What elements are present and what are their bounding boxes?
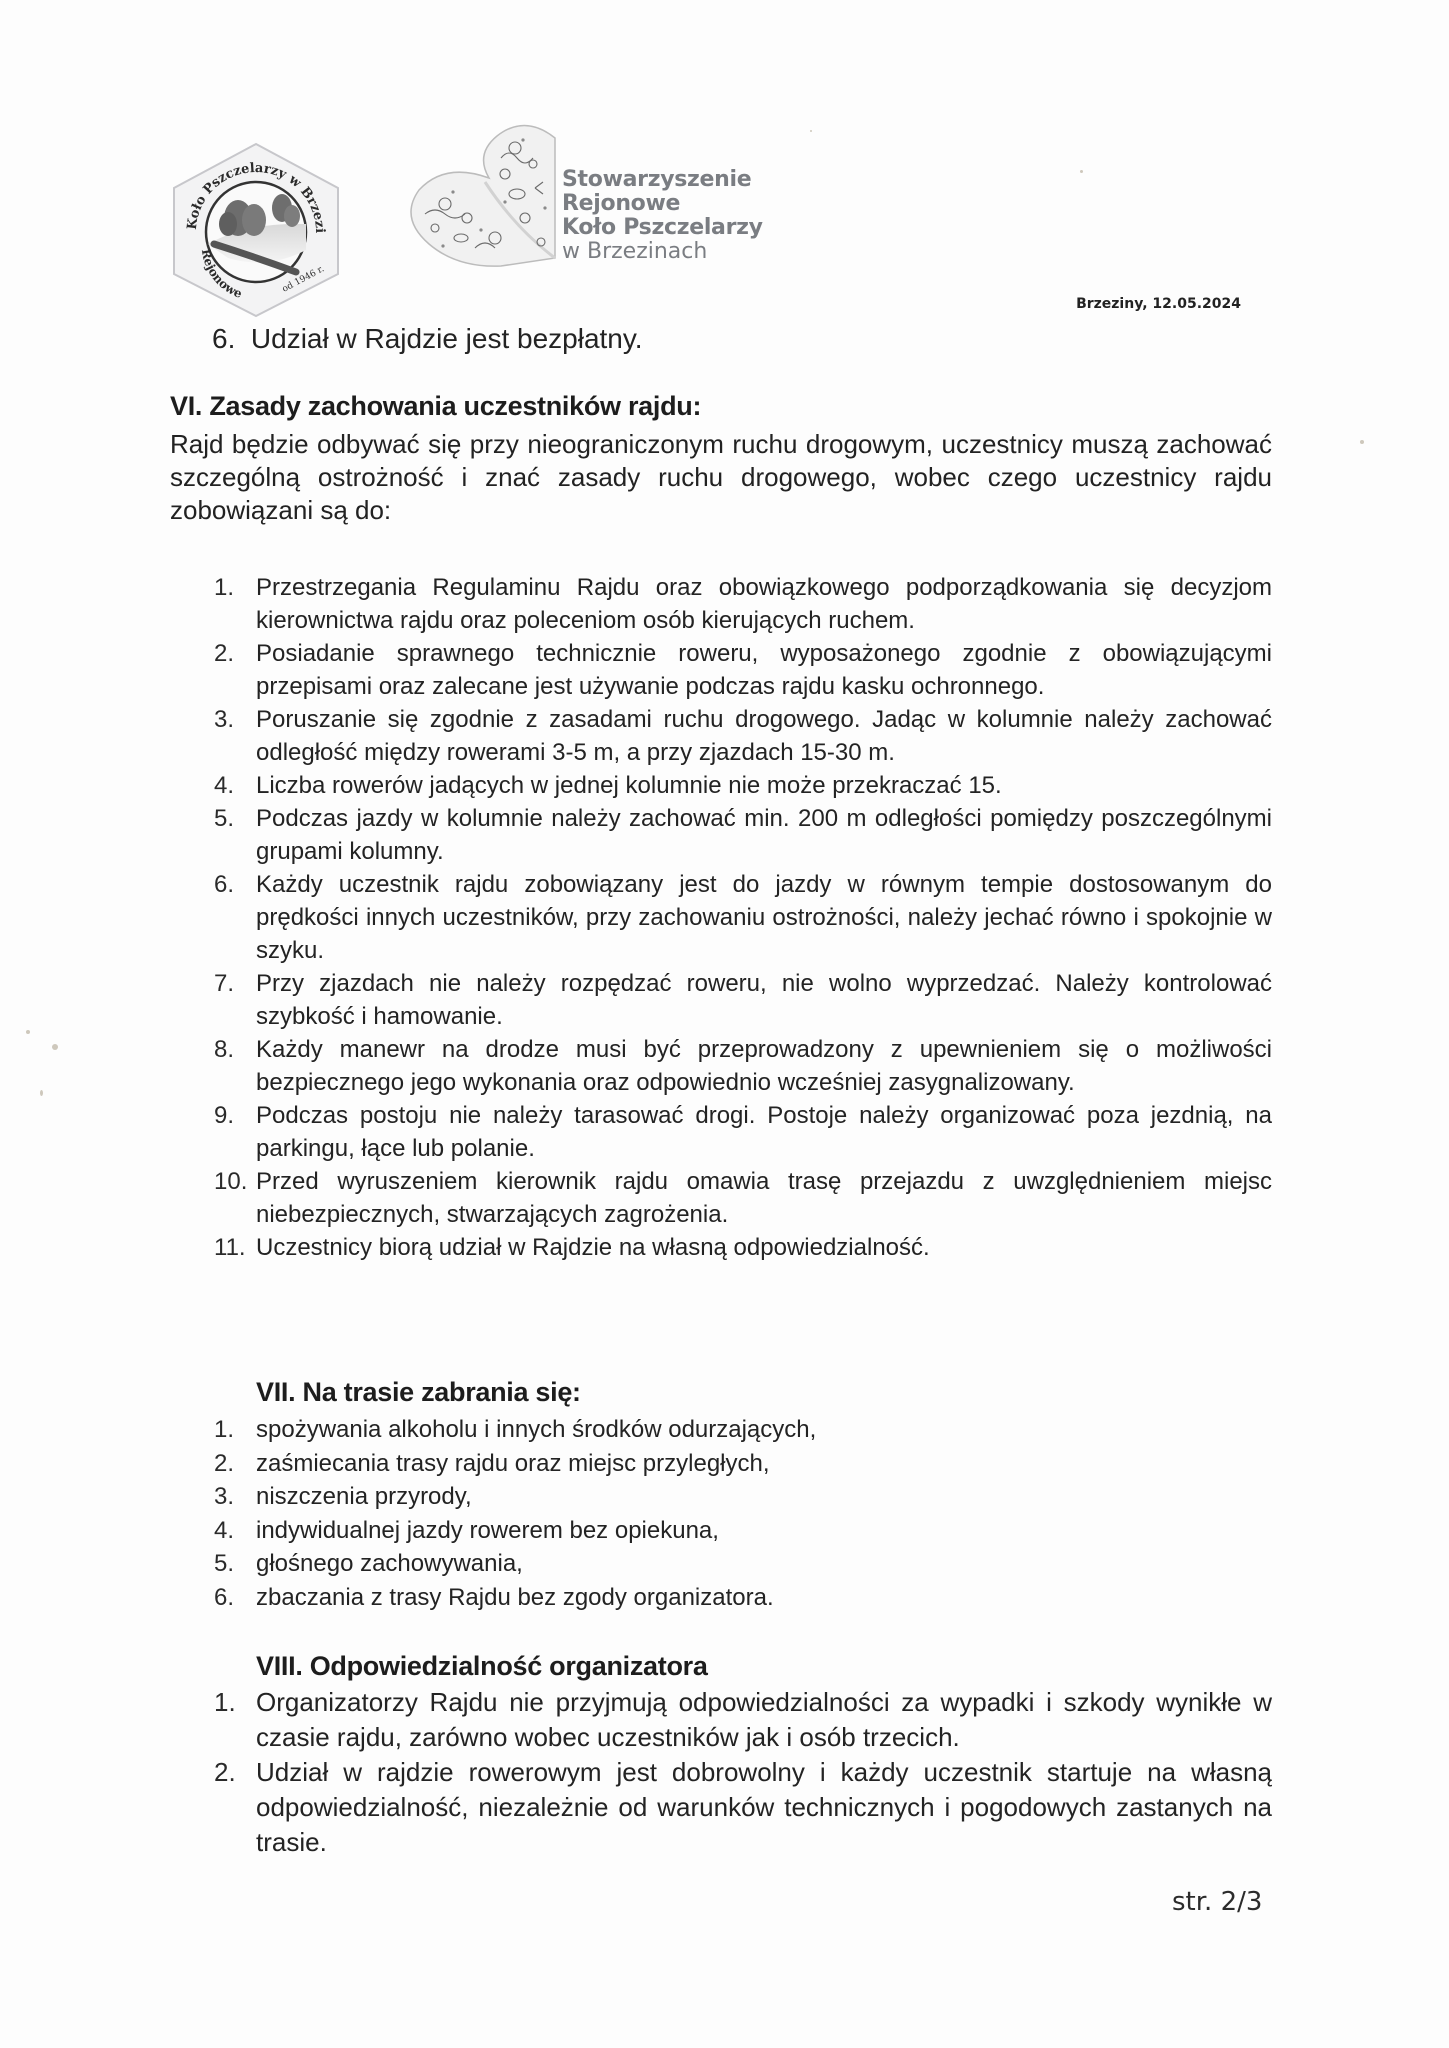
item-number: 5. bbox=[214, 802, 254, 835]
item-number: 8. bbox=[214, 1033, 254, 1066]
item-number: 1. bbox=[214, 571, 254, 604]
list-item: 1.spożywania alkoholu i innych środków o… bbox=[256, 1413, 1272, 1447]
list-item: 2.Posiadanie sprawnego technicznie rower… bbox=[256, 637, 1272, 703]
item-number: 4. bbox=[214, 1514, 254, 1548]
item-text: zbaczania z trasy Rajdu bez zgody organi… bbox=[256, 1584, 774, 1611]
item-text: zaśmiecania trasy rajdu oraz miejsc przy… bbox=[256, 1450, 770, 1477]
association-name-line: Rejonowe bbox=[562, 192, 763, 216]
scan-speck bbox=[40, 1090, 43, 1096]
item-text: Przestrzegania Regulaminu Rajdu oraz obo… bbox=[256, 574, 1272, 634]
section-viii-list: 1.Organizatorzy Rajdu nie przyjmują odpo… bbox=[256, 1685, 1272, 1860]
association-name-line: Stowarzyszenie bbox=[562, 168, 763, 192]
association-heart-logo bbox=[405, 118, 557, 278]
list-item: 10.Przed wyruszeniem kierownik rajdu oma… bbox=[256, 1165, 1272, 1231]
item-text: spożywania alkoholu i innych środków odu… bbox=[256, 1416, 816, 1443]
item-text: Podczas jazdy w kolumnie należy zachować… bbox=[256, 805, 1272, 865]
item-number: 2. bbox=[214, 1447, 254, 1481]
scan-speck bbox=[1080, 170, 1083, 173]
item-number: 5. bbox=[214, 1547, 254, 1581]
list-item: 1.Przestrzegania Regulaminu Rajdu oraz o… bbox=[256, 571, 1272, 637]
section-vi-title: VI. Zasady zachowania uczestników rajdu: bbox=[170, 391, 701, 422]
item-number: 2. bbox=[214, 637, 254, 670]
ornamental-heart-icon bbox=[405, 118, 557, 278]
item-text: Organizatorzy Rajdu nie przyjmują odpowi… bbox=[256, 1687, 1272, 1752]
list-item: 3.Poruszanie się zgodnie z zasadami ruch… bbox=[256, 703, 1272, 769]
item-number: 6. bbox=[214, 868, 254, 901]
association-name-line: w Brzezinach bbox=[562, 240, 763, 264]
list-item: 3.niszczenia przyrody, bbox=[256, 1480, 1272, 1514]
item-number: 7. bbox=[214, 967, 254, 1000]
list-item: 5.głośnego zachowywania, bbox=[256, 1547, 1272, 1581]
hexagon-seal-icon: Koło Pszczelarzy w Brzezinach Rejonowe o… bbox=[168, 140, 344, 318]
list-item: 6.zbaczania z trasy Rajdu bez zgody orga… bbox=[256, 1581, 1272, 1615]
list-item: 7.Przy zjazdach nie należy rozpędzać row… bbox=[256, 967, 1272, 1033]
item-number: 3. bbox=[214, 703, 254, 736]
item-number: 10. bbox=[214, 1165, 254, 1198]
scan-speck bbox=[26, 1030, 30, 1034]
list-item: 4.Liczba rowerów jadących w jednej kolum… bbox=[256, 769, 1272, 802]
association-name: Stowarzyszenie Rejonowe Koło Pszczelarzy… bbox=[562, 168, 763, 264]
document-date: Brzeziny, 12.05.2024 bbox=[1076, 296, 1241, 312]
item-number: 6. bbox=[212, 323, 235, 354]
list-item: 2.Udział w rajdzie rowerowym jest dobrow… bbox=[256, 1755, 1272, 1860]
item-text: Poruszanie się zgodnie z zasadami ruchu … bbox=[256, 706, 1272, 766]
item-number: 4. bbox=[214, 769, 254, 802]
list-item: 8.Każdy manewr na drodze musi być przepr… bbox=[256, 1033, 1272, 1099]
item-number: 3. bbox=[214, 1480, 254, 1514]
item-text: Każdy uczestnik rajdu zobowiązany jest d… bbox=[256, 871, 1272, 964]
item-text: Każdy manewr na drodze musi być przeprow… bbox=[256, 1036, 1272, 1096]
scan-speck bbox=[52, 1044, 58, 1050]
previous-section-item: 6. Udział w Rajdzie jest bezpłatny. bbox=[212, 322, 643, 355]
list-item: 11.Uczestnicy biorą udział w Rajdzie na … bbox=[256, 1231, 1272, 1264]
item-number: 1. bbox=[214, 1685, 254, 1720]
item-number: 1. bbox=[214, 1413, 254, 1447]
page-number: str. 2/3 bbox=[1172, 1887, 1262, 1917]
section-vi-list: 1.Przestrzegania Regulaminu Rajdu oraz o… bbox=[256, 571, 1272, 1264]
scan-speck bbox=[810, 130, 812, 132]
item-text: Przed wyruszeniem kierownik rajdu omawia… bbox=[256, 1168, 1272, 1228]
item-text: Podczas postoju nie należy tarasować dro… bbox=[256, 1102, 1272, 1162]
section-vii-list: 1.spożywania alkoholu i innych środków o… bbox=[256, 1413, 1272, 1614]
section-viii-title: VIII. Odpowiedzialność organizatora bbox=[256, 1651, 708, 1682]
item-text: głośnego zachowywania, bbox=[256, 1550, 523, 1577]
list-item: 4.indywidualnej jazdy rowerem bez opieku… bbox=[256, 1514, 1272, 1548]
item-text: Udział w rajdzie rowerowym jest dobrowol… bbox=[256, 1757, 1272, 1857]
item-number: 11. bbox=[214, 1231, 254, 1264]
list-item: 6.Każdy uczestnik rajdu zobowiązany jest… bbox=[256, 868, 1272, 967]
list-item: 5.Podczas jazdy w kolumnie należy zachow… bbox=[256, 802, 1272, 868]
list-item: 1.Organizatorzy Rajdu nie przyjmują odpo… bbox=[256, 1685, 1272, 1755]
item-number: 9. bbox=[214, 1099, 254, 1132]
item-number: 2. bbox=[214, 1755, 254, 1790]
item-text: Liczba rowerów jadących w jednej kolumni… bbox=[256, 772, 1002, 799]
item-text: Przy zjazdach nie należy rozpędzać rower… bbox=[256, 970, 1272, 1030]
section-vii-title: VII. Na trasie zabrania się: bbox=[256, 1377, 581, 1408]
item-text: niszczenia przyrody, bbox=[256, 1483, 472, 1510]
list-item: 9.Podczas postoju nie należy tarasować d… bbox=[256, 1099, 1272, 1165]
item-number: 6. bbox=[214, 1581, 254, 1615]
document-page: Koło Pszczelarzy w Brzezinach Rejonowe o… bbox=[0, 0, 1449, 2048]
scan-speck bbox=[1360, 440, 1364, 444]
item-text: Posiadanie sprawnego technicznie roweru,… bbox=[256, 640, 1272, 700]
association-name-line: Koło Pszczelarzy bbox=[562, 216, 763, 240]
item-text: indywidualnej jazdy rowerem bez opiekuna… bbox=[256, 1517, 719, 1544]
list-item: 2.zaśmiecania trasy rajdu oraz miejsc pr… bbox=[256, 1447, 1272, 1481]
item-text: Uczestnicy biorą udział w Rajdzie na wła… bbox=[256, 1234, 930, 1261]
item-text: Udział w Rajdzie jest bezpłatny. bbox=[251, 323, 643, 354]
section-vi-intro: Rajd będzie odbywać się przy nieogranicz… bbox=[170, 428, 1272, 527]
beekeepers-seal-logo: Koło Pszczelarzy w Brzezinach Rejonowe o… bbox=[168, 140, 344, 318]
